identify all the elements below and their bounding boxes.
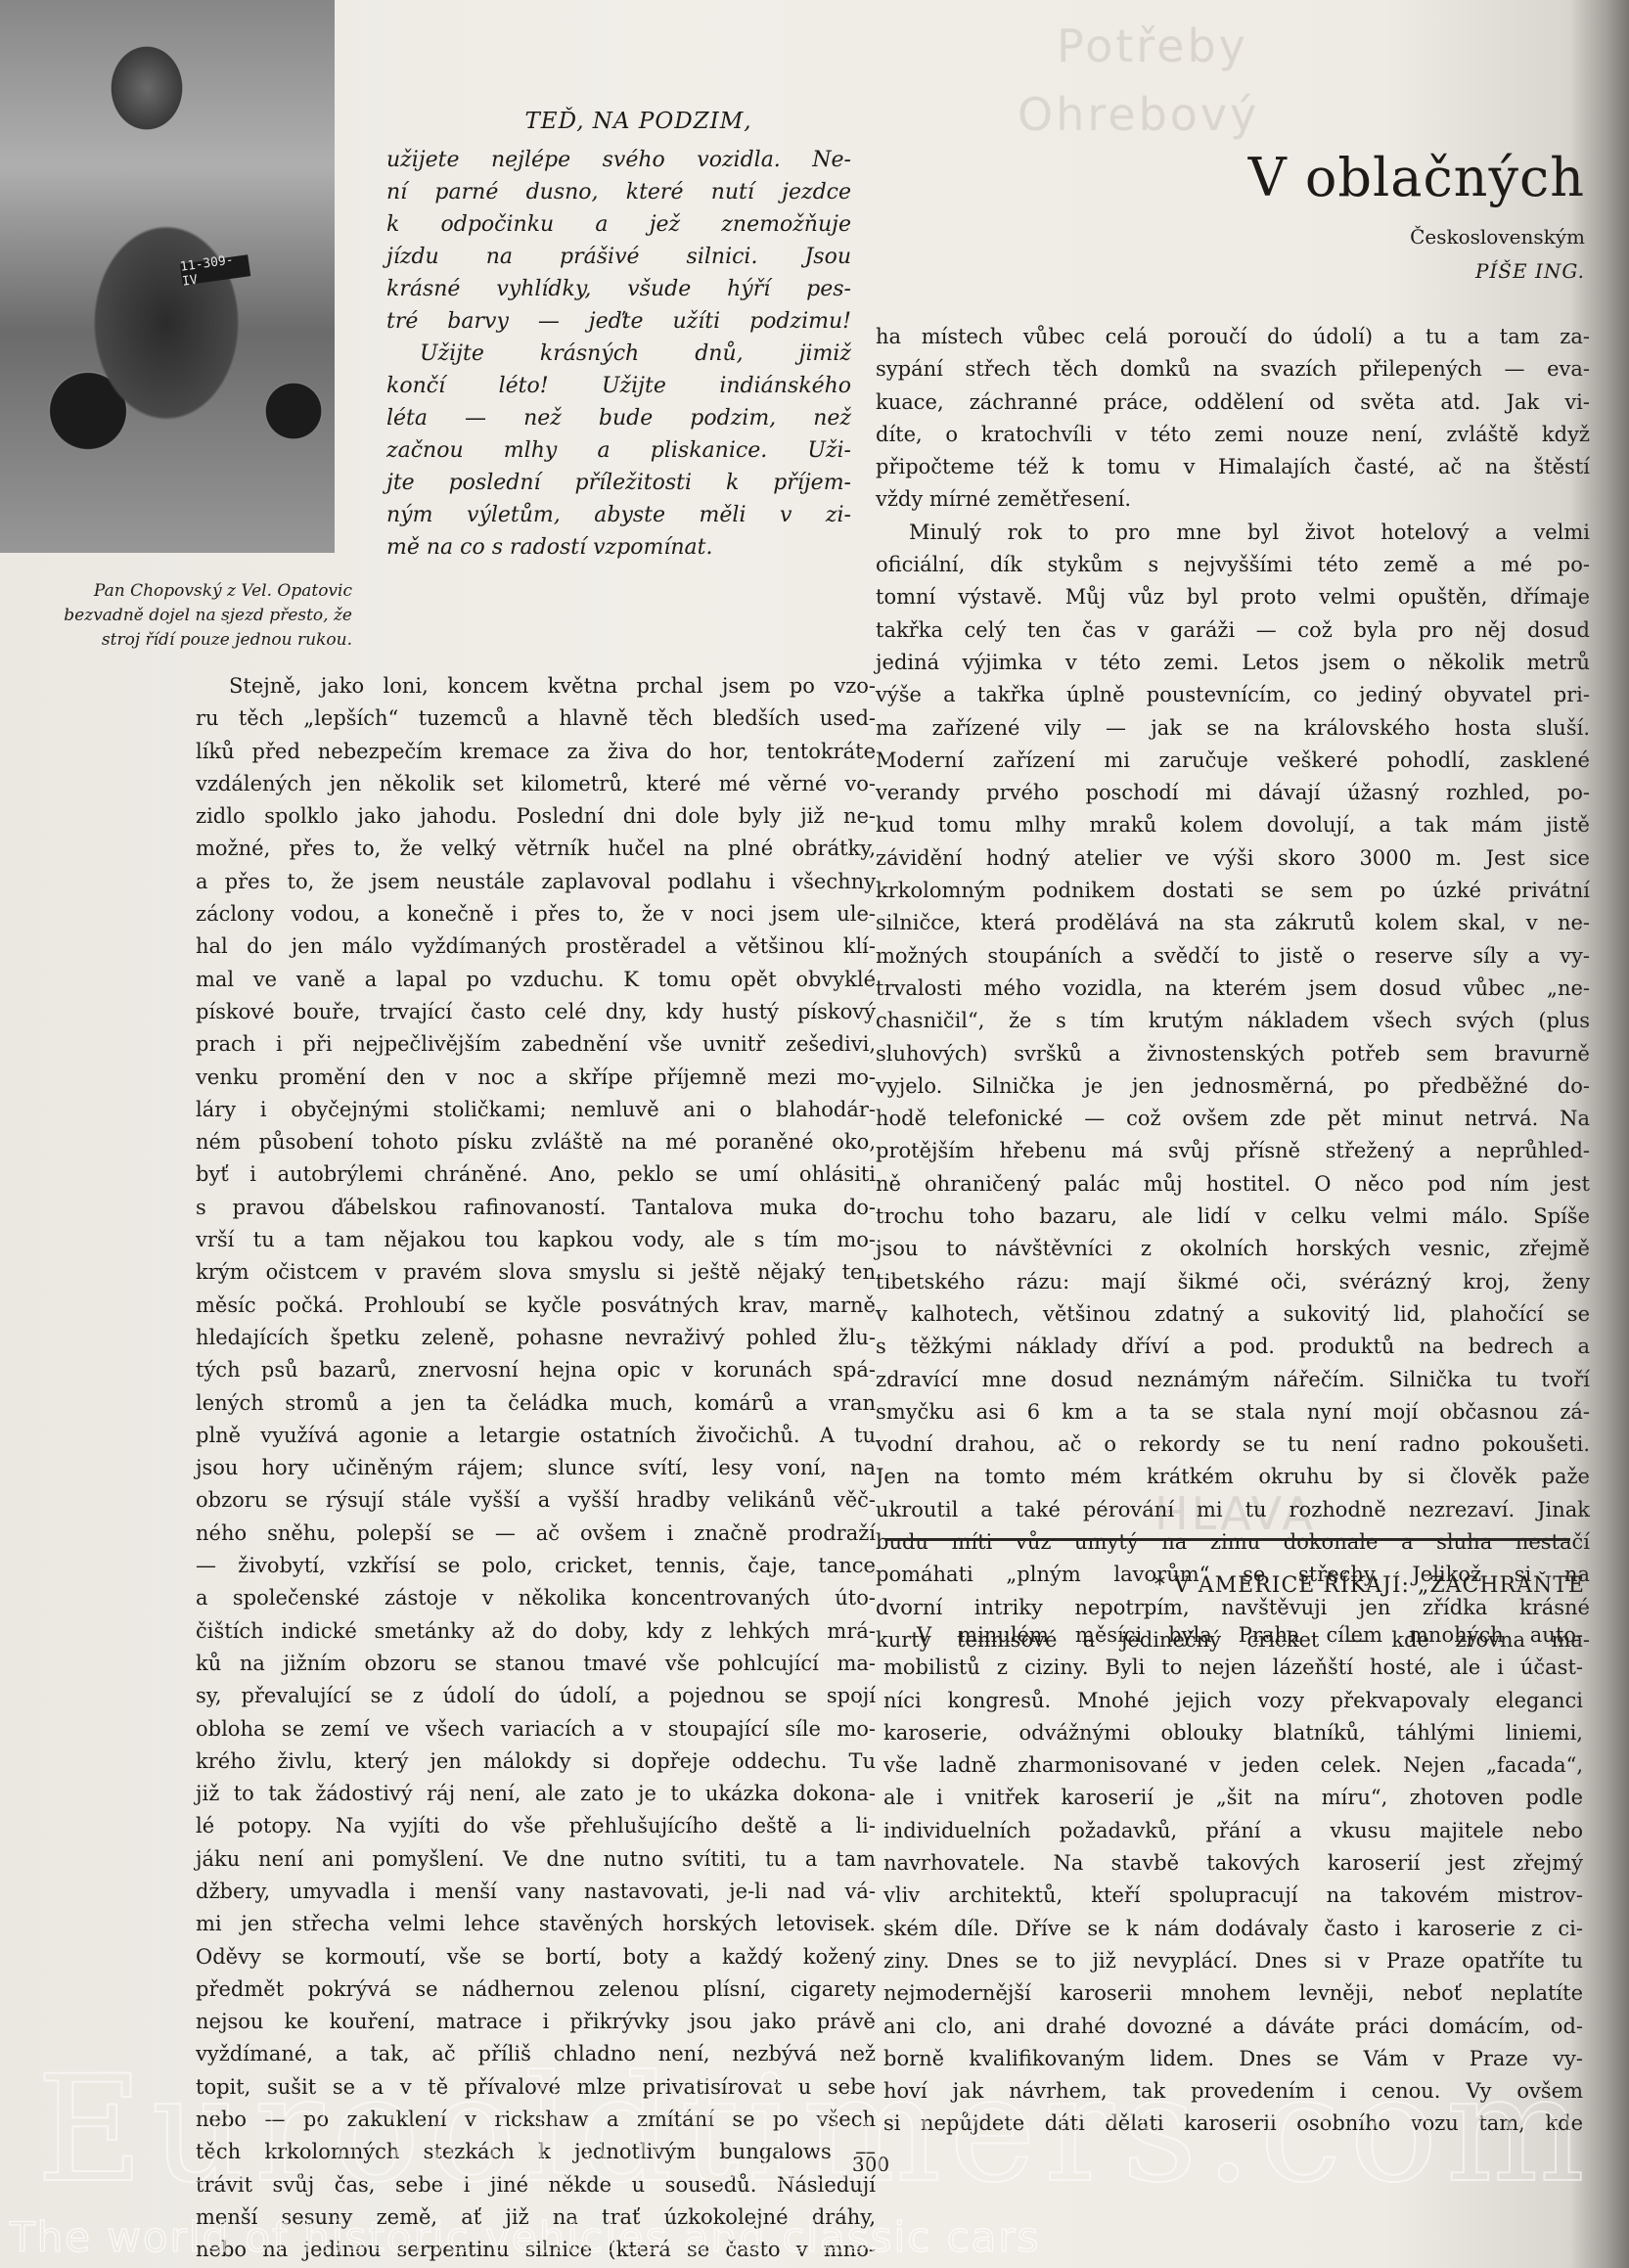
text-line: záclony vodou, a konečně i přes to, že v… — [196, 898, 876, 930]
site-tagline-watermark: The world of historic vehicles and class… — [10, 2213, 1184, 2261]
text-line: nejmodernější karoserii mnohem levněji, … — [883, 1977, 1583, 2010]
text-line: oficiální, dík stykům s nejvyššími této … — [876, 549, 1590, 581]
section-divider — [885, 1538, 1570, 1541]
article-left-column: Stejně, jako loni, koncem května prchal … — [196, 670, 876, 2267]
text-line: trvalosti mého vozidla, na kterém jsem d… — [876, 973, 1590, 1005]
text-line: ků na jižním obzoru se stanou tmavé vše … — [196, 1648, 876, 1680]
intro-line: končí léto! Užijte indiánského — [386, 370, 851, 402]
intro-line: ným výletům, abyste měli v zi- — [386, 499, 851, 531]
intro-line: Užijte krásných dnů, jimiž — [386, 338, 851, 370]
page-binding-shadow — [1570, 0, 1629, 2268]
intro-line: léta — než bude podzim, než — [386, 402, 851, 434]
text-line: vše ladně zharmonisované v jeden celek. … — [883, 1749, 1583, 1782]
text-line: plně využívá agonie a letargie ostatních… — [196, 1420, 876, 1452]
intro-line: jte poslední příležitosti k příjem- — [386, 467, 851, 499]
intro-line: začnou mlhy a pliskanice. Uži- — [386, 434, 851, 467]
text-line: ně ohraničený palác můj hostitel. O něco… — [876, 1168, 1590, 1201]
text-line: připočteme též k tomu v Himalajích časté… — [876, 451, 1590, 483]
text-line: vždy mírné zemětřesení. — [876, 483, 1590, 516]
text-line: jáku není ani pomyšlení. Ve dne nutno sv… — [196, 1843, 876, 1876]
text-line: ani clo, ani drahé dovozné a dáváte prác… — [883, 2011, 1583, 2043]
text-line: možných stoupáních a svědčí to jistě o r… — [876, 940, 1590, 973]
text-line: kud tomu mlhy mraků kolem dovolují, a ta… — [876, 809, 1590, 841]
text-line: měsíc počká. Prohloubí se kyčle posvátný… — [196, 1290, 876, 1322]
text-line: zidlo spolklo jako jahodu. Poslední dni … — [196, 800, 876, 833]
intro-line: mě na co s radostí vzpomínat. — [386, 531, 851, 564]
text-line: mi jen střecha velmi lehce stavěných hor… — [196, 1908, 876, 1940]
text-line: sypání střech těch domků na svazích přil… — [876, 353, 1590, 386]
caption-line: Pan Chopovský z Vel. Opatovic — [0, 579, 352, 604]
text-line: mal ve vaně a lapal po vzduchu. K tomu o… — [196, 964, 876, 996]
text-line: ném působení tohoto písku zvláště na mé … — [196, 1126, 876, 1158]
text-line: ale i vnitřek karoserií je „šit na míru“… — [883, 1782, 1583, 1814]
text-line: a společenské zástoje v několika koncent… — [196, 1582, 876, 1614]
caption-line: stroj řídí pouze jednou rukou. — [0, 628, 352, 653]
text-line: hledajících špetku zeleně, pohasne nevra… — [196, 1322, 876, 1354]
text-line: vodní drahou, ač o rekordy se tu není ra… — [876, 1429, 1590, 1461]
text-line: hal do jen málo vyždímaných prostěradel … — [196, 930, 876, 963]
text-line: díte, o kratochvíli v této zemi nouze ne… — [876, 419, 1590, 451]
text-line: ukroutil a také pérování mi tu rozhodně … — [876, 1494, 1590, 1526]
text-line: ha místech vůbec celá poroučí do údolí) … — [876, 321, 1590, 353]
text-line: nejsou ke kouření, matrace i přikrývky j… — [196, 2006, 876, 2038]
intro-line: ní parné dusno, které nutí jezdce — [386, 176, 851, 208]
text-line: jsou hory učiněným rájem; slunce svítí, … — [196, 1452, 876, 1484]
intro-line: k odpočinku a jež znemožňuje — [386, 208, 851, 241]
text-line: čištích indické smetánky až do doby, kdy… — [196, 1615, 876, 1648]
text-line: Stejně, jako loni, koncem května prchal … — [196, 670, 876, 703]
text-line: smyčku asi 6 km a ta se stala nyní mojí … — [876, 1396, 1590, 1429]
article-title: V oblačných — [1154, 147, 1585, 208]
intro-line: tré barvy — jeďte užíti podzimu! — [386, 305, 851, 338]
text-line: — živobytí, vzkřísí se polo, cricket, te… — [196, 1550, 876, 1582]
text-line: krkolomným podnikem dostati se sem po úz… — [876, 875, 1590, 907]
text-line: jediná výjimka v této zemi. Letos jsem o… — [876, 647, 1590, 679]
text-line: Oděvy se kormoutí, vše se bortí, boty a … — [196, 1941, 876, 1973]
text-line: jsou to návštěvníci z okolních horských … — [876, 1233, 1590, 1265]
intro-line: krásné vyhlídky, všude hýří pes- — [386, 273, 851, 305]
text-line: Moderní zařízení mi zaručuje veškeré poh… — [876, 745, 1590, 777]
text-line: níci kongresů. Mnohé jejich vozy překvap… — [883, 1685, 1583, 1717]
text-line: a přes to, že jsem neustále zaplavoval p… — [196, 866, 876, 898]
article-subtitle: Československým — [1154, 225, 1585, 249]
intro-heading: TEĎ, NA PODZIM, — [426, 106, 851, 138]
bleed-through-text: Potřeby — [1057, 20, 1248, 72]
text-line: individuelních požadavků, přání a vkusu … — [883, 1815, 1583, 1847]
text-line: ziny. Dnes se to již nevyplácí. Dnes si … — [883, 1945, 1583, 1977]
text-line: ru těch „lepších“ tuzemců a hlavně těch … — [196, 703, 876, 735]
text-line: chasničil“, že s tím krutým nákladem vše… — [876, 1005, 1590, 1037]
text-line: hodě telefonické — což ovšem zde pět min… — [876, 1103, 1590, 1135]
text-line: karoserie, odvážnými oblouky blatníků, t… — [883, 1717, 1583, 1749]
text-line: vzdálených jen několik set kilometrů, kt… — [196, 768, 876, 800]
text-line: ském díle. Dříve se k nám dodávaly často… — [883, 1913, 1583, 1945]
text-line: byť i autobrýlemi chráněné. Ano, peklo s… — [196, 1158, 876, 1191]
article-right-column: ha místech vůbec celá poroučí do údolí) … — [876, 321, 1590, 1656]
text-line: navrhovatele. Na stavbě takových karoser… — [883, 1847, 1583, 1880]
text-line: zdravící mne dosud neznámým nářečím. Sil… — [876, 1364, 1590, 1396]
text-line: vrší tu a tam nějakou tou kapkou vody, a… — [196, 1224, 876, 1256]
text-line: trochu toho bazaru, ale lidí v celku vel… — [876, 1201, 1590, 1233]
text-line: budu míti vůz umytý na zimu dokonale a s… — [876, 1526, 1590, 1559]
section-heading: * V AMERICE ŘÍKAJÍ: „ZACHRAŇTE — [1057, 1573, 1585, 1598]
text-line: silničce, která prodělává na sta zákrutů… — [876, 907, 1590, 939]
text-line: láry i obyčejnými stoličkami; nemluvě an… — [196, 1094, 876, 1126]
text-line: takřka celý ten čas v garáži — což byla … — [876, 614, 1590, 647]
text-line: kuace, záchranné práce, oddělení od svět… — [876, 386, 1590, 419]
text-line: ného sněhu, polepší se — ač ovšem i znač… — [196, 1518, 876, 1550]
text-line: sy, převalující se z údolí do údolí, a p… — [196, 1680, 876, 1712]
magazine-page: Potřeby Ohrebový HLAVA 11-309-IV Pan Cho… — [0, 0, 1629, 2268]
text-line: ma zařízené vily — jak se na královského… — [876, 712, 1590, 745]
text-line: protějším hřebenu má svůj přísně střežen… — [876, 1135, 1590, 1167]
text-line: džbery, umyvadla i menší vany nastavovat… — [196, 1876, 876, 1908]
intro-ad-box: TEĎ, NA PODZIM, užijete nejlépe svého vo… — [386, 106, 851, 564]
text-line: předmět pokrývá se nádhernou zelenou plí… — [196, 1973, 876, 2006]
text-line: krým očistcem v pravém slova smyslu si j… — [196, 1256, 876, 1289]
intro-line: užijete nejlépe svého vozidla. Ne- — [386, 144, 851, 176]
motorcyclist-photo: 11-309-IV — [0, 0, 335, 553]
text-line: Jen na tomto mém krátkém okruhu by si čl… — [876, 1461, 1590, 1493]
text-line: vyjelo. Silnička je jen jednosměrná, po … — [876, 1070, 1590, 1103]
text-line: verandy prvého poschodí mi dávají úžasný… — [876, 777, 1590, 809]
text-line: tých psů bazarů, znervosní hejna opic v … — [196, 1354, 876, 1386]
text-line: venku promění den v noc a skřípe příjemn… — [196, 1062, 876, 1094]
text-line: závidění hodný atelier ve výši skoro 300… — [876, 842, 1590, 875]
text-line: prach i při nejpečlivějším zabednění vše… — [196, 1028, 876, 1061]
site-watermark: Eurooldtimers.com — [0, 2045, 1629, 2215]
text-line: již to tak žádostivý ráj není, ale zato … — [196, 1778, 876, 1810]
text-line: tomní výstavě. Můj vůz byl proto velmi o… — [876, 581, 1590, 613]
intro-line: jízdu na prášivé silnici. Jsou — [386, 241, 851, 273]
text-line: s pravou ďábelskou rafinovaností. Tantal… — [196, 1192, 876, 1224]
caption-line: bezvadně dojel na sjezd přesto, že — [0, 604, 352, 628]
photo-caption: Pan Chopovský z Vel. Opatovic bezvadně d… — [0, 579, 352, 653]
text-line: mobilistů z ciziny. Byli to nejen lázeňš… — [883, 1652, 1583, 1684]
bleed-through-text: Ohrebový — [1018, 88, 1259, 141]
text-line: krého živlu, který jen málokdy si dopřej… — [196, 1746, 876, 1778]
text-line: obloha se zemí ve všech variacích a v st… — [196, 1713, 876, 1746]
text-line: obzoru se rýsují stále vyšší a vyšší hra… — [196, 1484, 876, 1517]
article-byline: PÍŠE ING. — [1154, 259, 1585, 283]
text-line: výše a takřka úplně poustevnícím, co jed… — [876, 679, 1590, 711]
text-line: sluhových) svršků a živnostenských potře… — [876, 1038, 1590, 1070]
text-line: v kalhotech, většinou zdatný a sukovitý … — [876, 1298, 1590, 1331]
license-plate: 11-309-IV — [180, 254, 250, 286]
text-line: lených stromů a jen ta čeládka much, kom… — [196, 1387, 876, 1420]
text-line: Minulý rok to pro mne byl život hotelový… — [876, 517, 1590, 549]
text-line: líků před nebezpečím kremace za živa do … — [196, 736, 876, 768]
text-line: tibetského rázu: mají šikmé oči, svérázn… — [876, 1266, 1590, 1298]
text-line: s těžkými náklady dříví a pod. produktů … — [876, 1331, 1590, 1363]
text-line: pískové bouře, trvající často celé dny, … — [196, 996, 876, 1028]
text-line: lé potopy. Na vyjíti do vše přehlušující… — [196, 1810, 876, 1842]
text-line: vliv architektů, kteří spolupracují na t… — [883, 1880, 1583, 1912]
text-line: V minulém měsíci byla Praha cílem mnohýc… — [883, 1619, 1583, 1652]
text-line: možné, přes to, že velký větrník hučel n… — [196, 833, 876, 865]
